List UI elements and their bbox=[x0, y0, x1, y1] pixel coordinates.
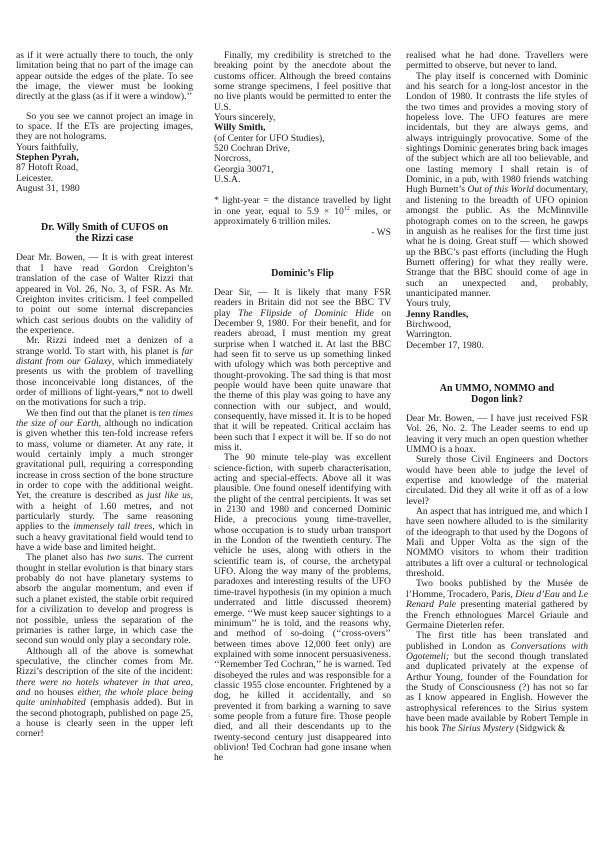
randles-paragraph-2: The 90 minute tele-play was excellent sc… bbox=[214, 453, 391, 763]
address-line: U.S.A. bbox=[214, 175, 391, 185]
heading-line: Dr. Willy Smith of CUFOS on bbox=[22, 222, 187, 233]
randles-paragraph-1: Dear Sir, — It is likely that many FSR r… bbox=[214, 288, 391, 454]
smith-paragraph-2: Mr. Rizzi indeed met a denizen of a stra… bbox=[16, 336, 193, 408]
letter-date: August 31, 1980 bbox=[16, 184, 193, 194]
randles-paragraph-3: The play itself is concerned with Domini… bbox=[406, 72, 588, 300]
pyrah-conclusion: So you see we cannot project an image in… bbox=[16, 112, 193, 143]
footnote-initials: - WS bbox=[214, 228, 391, 238]
smith-signature: Yours sincerely, Willy Smith, (of Center… bbox=[214, 113, 391, 185]
heading-line: An UMMO, NOMMO and bbox=[412, 383, 582, 394]
right-column: realised what he had done. Travellers we… bbox=[406, 51, 588, 735]
middle-column: Finally, my credibility is stretched to … bbox=[214, 51, 391, 764]
ummo-paragraph-5: The first title has been translated and … bbox=[406, 631, 588, 734]
letter-heading-dominics-flip: Dominic’s Flip bbox=[220, 268, 385, 279]
light-year-footnote: * light-year = the distance travelled by… bbox=[214, 196, 391, 227]
ummo-paragraph-4: Two books published by the Musée de l’Ho… bbox=[406, 579, 588, 631]
pyrah-signature: Yours faithfully, Stephen Pyrah, 87 Hoto… bbox=[16, 143, 193, 195]
smith-paragraph-3: We then find out that the planet is ten … bbox=[16, 409, 193, 554]
ummo-paragraph-2: Surely those Civil Engineers and Doctors… bbox=[406, 455, 588, 507]
letter-heading-ummo: An UMMO, NOMMO and Dogon link? bbox=[412, 383, 582, 405]
smith-paragraph-1: Dear Mr. Bowen, — It is with great inter… bbox=[16, 253, 193, 336]
letter-date: December 17, 1980. bbox=[406, 341, 588, 351]
randles-paragraph-2-end: realised what he had done. Travellers we… bbox=[406, 51, 588, 72]
heading-line: Dogon link? bbox=[412, 394, 582, 405]
left-column: as if it were actually there to touch, t… bbox=[16, 51, 193, 740]
randles-signature: Yours truly, Jenny Randles, Birchwood, W… bbox=[406, 299, 588, 351]
smith-paragraph-4: The planet also has two suns. The curren… bbox=[16, 553, 193, 646]
letter-heading-smith: Dr. Willy Smith of CUFOS on the Rizzi ca… bbox=[22, 222, 187, 244]
ummo-paragraph-1: Dear Mr. Bowen, — I have just received F… bbox=[406, 414, 588, 455]
smith-paragraph-5: Although all of the above is somewhat sp… bbox=[16, 647, 193, 740]
heading-line: the Rizzi case bbox=[22, 233, 187, 244]
ummo-paragraph-3: An aspect that has intrigued me, and whi… bbox=[406, 507, 588, 579]
address-line: Georgia 30071, bbox=[214, 165, 391, 175]
smith-paragraph-6: Finally, my credibility is stretched to … bbox=[214, 51, 391, 113]
pyrah-quote-end: as if it were actually there to touch, t… bbox=[16, 51, 193, 103]
